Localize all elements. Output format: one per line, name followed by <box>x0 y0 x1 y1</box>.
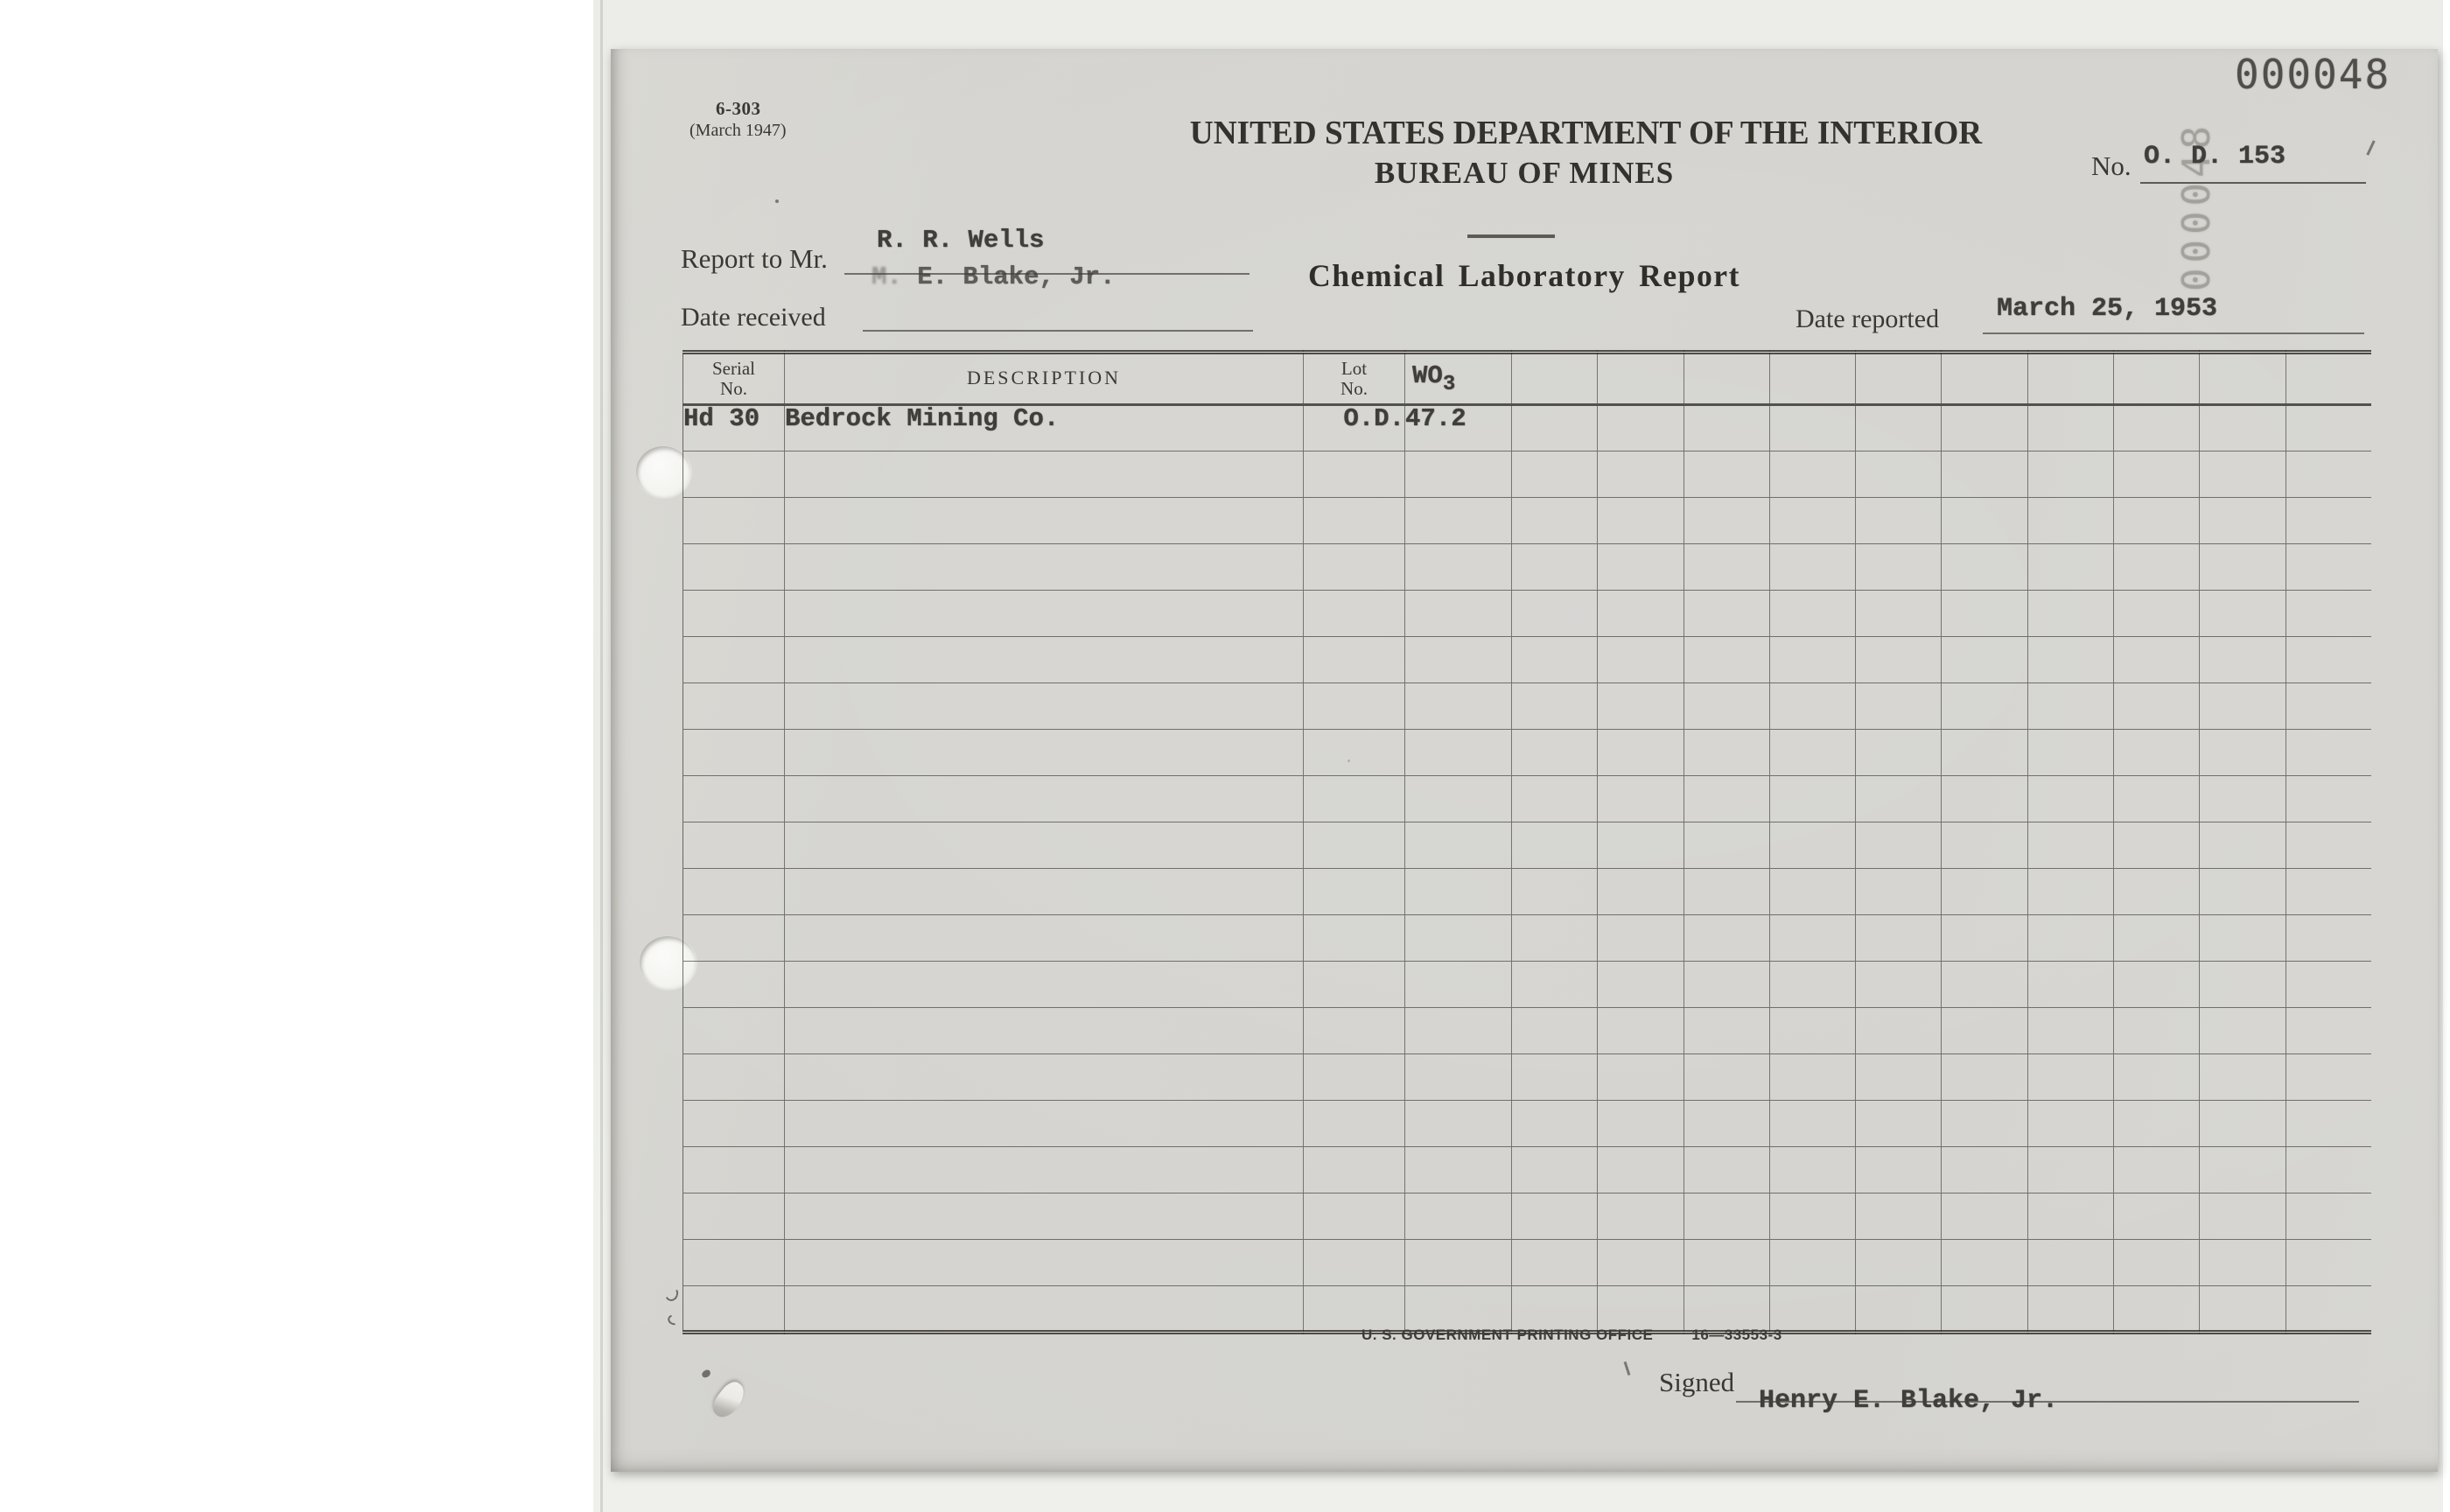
cell-empty <box>1598 869 1683 915</box>
cell-serial-no <box>683 544 785 591</box>
cell-empty <box>1942 683 2027 730</box>
cell-wo3 <box>1405 683 1512 730</box>
edge-bleed-stamp: 000048 <box>2174 151 2446 291</box>
cell-empty <box>1856 962 1942 1008</box>
cell-empty <box>1683 451 1769 498</box>
cell-empty <box>2285 1240 2371 1286</box>
struck-name-initial: M. <box>871 262 902 291</box>
cell-empty <box>2114 498 2200 544</box>
gpo-office: U. S. GOVERNMENT PRINTING OFFICE <box>1361 1326 1653 1343</box>
cell-description: Bedrock Mining Co. <box>785 405 1304 451</box>
cell-description <box>785 1054 1304 1101</box>
cell-empty <box>2200 498 2285 544</box>
cell-empty <box>1683 1101 1769 1147</box>
cell-empty <box>1683 730 1769 776</box>
cell-empty <box>1683 1147 1769 1193</box>
cell-empty <box>1942 451 2027 498</box>
cell-empty <box>2114 1240 2200 1286</box>
cell-empty <box>1769 822 1855 869</box>
cell-empty <box>1769 869 1855 915</box>
cell-wo3 <box>1405 1101 1512 1147</box>
cell-empty <box>2114 730 2200 776</box>
cell-empty <box>1769 683 1855 730</box>
cell-empty <box>2200 683 2285 730</box>
cell-empty <box>1769 962 1855 1008</box>
cell-empty <box>2027 498 2113 544</box>
cell-wo3 <box>1405 451 1512 498</box>
cell-wo3 <box>1405 1054 1512 1101</box>
department-title: UNITED STATES DEPARTMENT OF THE INTERIOR <box>1190 114 1858 152</box>
cell-empty <box>1683 405 1769 451</box>
cell-empty <box>1598 915 1683 962</box>
cell-wo3 <box>1405 1193 1512 1240</box>
cell-empty <box>1512 869 1598 915</box>
table-body: Hd 30Bedrock Mining Co.O.D.47.2 <box>683 405 2372 1333</box>
cell-description <box>785 776 1304 822</box>
cell-serial-no <box>683 962 785 1008</box>
cell-empty <box>1512 730 1598 776</box>
col-header-empty <box>1683 353 1769 405</box>
gpo-jacket-number: 16—33553-3 <box>1691 1326 1781 1343</box>
cell-empty <box>1598 498 1683 544</box>
cell-serial-no <box>683 498 785 544</box>
cell-empty <box>1598 451 1683 498</box>
cell-empty <box>2027 591 2113 637</box>
cell-empty <box>2114 544 2200 591</box>
cell-empty <box>1598 730 1683 776</box>
cell-empty <box>2114 1101 2200 1147</box>
cell-lot-no: O.D. <box>1304 405 1405 451</box>
cell-empty <box>1942 405 2027 451</box>
cell-empty <box>2200 730 2285 776</box>
cell-empty <box>2027 1054 2113 1101</box>
cell-empty <box>1856 405 1942 451</box>
cell-empty <box>2200 962 2285 1008</box>
cell-empty <box>1683 544 1769 591</box>
cell-description <box>785 915 1304 962</box>
cell-empty <box>1683 776 1769 822</box>
cell-empty <box>1942 1008 2027 1054</box>
cell-empty <box>1769 591 1855 637</box>
cell-empty <box>1769 637 1855 683</box>
cell-empty <box>2027 1286 2113 1333</box>
cell-lot-no <box>1304 869 1405 915</box>
table-empty-row <box>683 1286 2372 1333</box>
cell-empty <box>1769 451 1855 498</box>
cell-empty <box>1942 637 2027 683</box>
date-reported-line <box>1983 332 2364 334</box>
table-empty-row <box>683 1054 2372 1101</box>
cell-empty <box>1856 1008 1942 1054</box>
cell-empty <box>1683 1286 1769 1333</box>
report-to-name-struck: M. E. Blake, Jr. <box>871 262 1115 291</box>
table-empty-row <box>683 637 2372 683</box>
cell-empty <box>2027 869 2113 915</box>
cell-empty <box>1769 1101 1855 1147</box>
cell-empty <box>1942 869 2027 915</box>
speckle-2 <box>1410 418 1413 421</box>
cell-description <box>785 1147 1304 1193</box>
table-empty-row <box>683 1147 2372 1193</box>
bureau-title: BUREAU OF MINES <box>1183 156 1865 191</box>
cell-empty <box>1683 1008 1769 1054</box>
cell-empty <box>1769 776 1855 822</box>
table-empty-row <box>683 498 2372 544</box>
cell-wo3 <box>1405 544 1512 591</box>
scanned-document-page: 6-303 (March 1947) UNITED STATES DEPARTM… <box>0 0 2450 1512</box>
cell-lot-no <box>1304 451 1405 498</box>
cell-empty <box>1683 962 1769 1008</box>
cell-lot-no <box>1304 544 1405 591</box>
cell-empty <box>1683 869 1769 915</box>
cell-empty <box>2114 1008 2200 1054</box>
table-empty-row <box>683 776 2372 822</box>
table-data-row: Hd 30Bedrock Mining Co.O.D.47.2 <box>683 405 2372 451</box>
cell-empty <box>1856 1286 1942 1333</box>
col-header-empty <box>2285 353 2371 405</box>
cell-empty <box>1598 776 1683 822</box>
table-empty-row <box>683 730 2372 776</box>
cell-description <box>785 962 1304 1008</box>
cell-wo3 <box>1405 1147 1512 1193</box>
cell-serial-no <box>683 1008 785 1054</box>
cell-empty <box>1942 1240 2027 1286</box>
col-header-empty <box>1856 353 1942 405</box>
cell-description <box>785 591 1304 637</box>
cell-empty <box>1598 822 1683 869</box>
cell-empty <box>2200 822 2285 869</box>
lab-results-table: SerialNo.DESCRIPTIONLotNo.WO3 Hd 30Bedro… <box>682 350 2371 1334</box>
cell-empty <box>2114 591 2200 637</box>
cell-empty <box>2200 1054 2285 1101</box>
cell-serial-no <box>683 1054 785 1101</box>
cell-empty <box>1769 544 1855 591</box>
col-header-empty <box>1769 353 1855 405</box>
cell-description <box>785 451 1304 498</box>
cell-empty <box>2285 1101 2371 1147</box>
cell-empty <box>2285 915 2371 962</box>
date-reported-value: March 25, 1953 <box>1997 294 2217 324</box>
cell-wo3 <box>1405 962 1512 1008</box>
cell-empty <box>1683 1054 1769 1101</box>
cell-empty <box>1942 1101 2027 1147</box>
cell-lot-no <box>1304 498 1405 544</box>
table-empty-row <box>683 544 2372 591</box>
cell-lot-no <box>1304 683 1405 730</box>
cell-wo3 <box>1405 1008 1512 1054</box>
cell-lot-no <box>1304 1054 1405 1101</box>
cell-serial-no <box>683 637 785 683</box>
cell-empty <box>1769 1008 1855 1054</box>
cell-empty <box>2200 776 2285 822</box>
cell-empty <box>1856 498 1942 544</box>
cell-empty <box>1769 915 1855 962</box>
cell-empty <box>2114 915 2200 962</box>
cell-empty <box>2027 962 2113 1008</box>
cell-empty <box>1942 1286 2027 1333</box>
cell-empty <box>2200 591 2285 637</box>
cell-empty <box>1856 544 1942 591</box>
cell-empty <box>1856 591 1942 637</box>
table-empty-row <box>683 683 2372 730</box>
cell-wo3 <box>1405 869 1512 915</box>
cell-empty <box>2114 405 2200 451</box>
cell-empty <box>1856 869 1942 915</box>
cell-empty <box>1769 730 1855 776</box>
cell-empty <box>1512 405 1598 451</box>
cell-empty <box>1769 405 1855 451</box>
cell-empty <box>2285 776 2371 822</box>
cell-wo3 <box>1405 776 1512 822</box>
cell-empty <box>1769 1147 1855 1193</box>
cell-empty <box>2200 451 2285 498</box>
cell-empty <box>2285 1054 2371 1101</box>
cell-empty <box>2285 683 2371 730</box>
cell-empty <box>1512 915 1598 962</box>
cell-empty <box>2027 683 2113 730</box>
cell-empty <box>1856 776 1942 822</box>
col-header-empty <box>2200 353 2285 405</box>
cell-empty <box>1512 544 1598 591</box>
cell-empty <box>1598 544 1683 591</box>
cell-description <box>785 730 1304 776</box>
cell-wo3 <box>1405 822 1512 869</box>
cell-serial-no <box>683 1147 785 1193</box>
cell-empty <box>1598 405 1683 451</box>
report-to-label: Report to Mr. <box>681 243 828 275</box>
cell-empty <box>2285 498 2371 544</box>
cell-serial-no <box>683 591 785 637</box>
cell-empty <box>1856 1147 1942 1193</box>
cell-empty <box>1512 1101 1598 1147</box>
cell-empty <box>1942 544 2027 591</box>
cell-empty <box>2114 776 2200 822</box>
cell-description <box>785 1240 1304 1286</box>
cell-empty <box>2114 683 2200 730</box>
cell-empty <box>2027 637 2113 683</box>
table-empty-row <box>683 1193 2372 1240</box>
cell-empty <box>1512 822 1598 869</box>
cell-empty <box>2114 962 2200 1008</box>
cell-empty <box>2114 1193 2200 1240</box>
cell-empty <box>1856 1054 1942 1101</box>
cell-serial-no: Hd 30 <box>683 405 785 451</box>
cell-empty <box>2285 591 2371 637</box>
typed-cell-text: O.D. <box>1343 404 1404 433</box>
col-header-empty <box>1598 353 1683 405</box>
cell-empty <box>2114 1286 2200 1333</box>
struck-name-rest: E. Blake, Jr. <box>902 262 1116 291</box>
cell-lot-no <box>1304 1286 1405 1333</box>
cell-empty <box>2027 1147 2113 1193</box>
cell-description <box>785 1286 1304 1333</box>
cell-wo3 <box>1405 1240 1512 1286</box>
cell-empty <box>1598 962 1683 1008</box>
report-number-line <box>2140 182 2366 184</box>
cell-wo3: 47.2 <box>1405 405 1512 451</box>
cell-empty <box>2027 544 2113 591</box>
cell-empty <box>1512 451 1598 498</box>
cell-empty <box>1512 683 1598 730</box>
form-revision-date: (March 1947) <box>689 121 787 141</box>
cell-empty <box>1512 776 1598 822</box>
cell-empty <box>1512 637 1598 683</box>
cell-empty <box>2114 869 2200 915</box>
cell-empty <box>2027 822 2113 869</box>
report-number-label: No. <box>2091 150 2131 182</box>
cell-description <box>785 822 1304 869</box>
cell-empty <box>2114 637 2200 683</box>
cell-empty <box>1942 1054 2027 1101</box>
cell-description <box>785 1101 1304 1147</box>
cell-empty <box>1942 822 2027 869</box>
cell-wo3 <box>1405 915 1512 962</box>
col-header-lot-no: LotNo. <box>1304 353 1405 405</box>
col-header-wo3: WO3 <box>1405 353 1512 405</box>
cell-empty <box>2285 962 2371 1008</box>
report-to-name: R. R. Wells <box>877 226 1044 255</box>
cell-description <box>785 544 1304 591</box>
cell-empty <box>1598 1286 1683 1333</box>
col-header-empty <box>1512 353 1598 405</box>
cell-serial-no <box>683 1193 785 1240</box>
cell-empty <box>1598 1054 1683 1101</box>
typed-cell-text: 47.2 <box>1405 404 1466 433</box>
cell-empty <box>2027 1101 2113 1147</box>
col-header-empty <box>2114 353 2200 405</box>
table-empty-row <box>683 962 2372 1008</box>
cell-serial-no <box>683 451 785 498</box>
cell-empty <box>1512 1286 1598 1333</box>
cell-empty <box>2027 1008 2113 1054</box>
cell-serial-no <box>683 915 785 962</box>
cell-empty <box>1856 915 1942 962</box>
cell-empty <box>1683 498 1769 544</box>
cell-empty <box>2200 544 2285 591</box>
cell-empty <box>1683 1240 1769 1286</box>
cell-empty <box>2027 451 2113 498</box>
cell-wo3 <box>1405 498 1512 544</box>
typed-cell-text: Bedrock Mining Co. <box>785 404 1059 433</box>
cell-description <box>785 637 1304 683</box>
cell-lot-no <box>1304 1240 1405 1286</box>
speckle-3 <box>1347 759 1350 762</box>
cell-empty <box>1856 1240 1942 1286</box>
cell-empty <box>1512 1240 1598 1286</box>
cell-empty <box>1942 730 2027 776</box>
cell-empty <box>1598 637 1683 683</box>
cell-empty <box>2200 1008 2285 1054</box>
cell-empty <box>2200 869 2285 915</box>
table-header: SerialNo.DESCRIPTIONLotNo.WO3 <box>683 353 2372 405</box>
cell-empty <box>1769 1240 1855 1286</box>
signature-value: Henry E. Blake, Jr. <box>1759 1386 2058 1416</box>
cell-empty <box>1942 1193 2027 1240</box>
cell-empty <box>1512 1054 1598 1101</box>
speckle-1 <box>775 199 779 203</box>
col-header-description: DESCRIPTION <box>785 353 1304 405</box>
cell-lot-no <box>1304 1147 1405 1193</box>
cell-empty <box>2285 869 2371 915</box>
cell-empty <box>1598 1008 1683 1054</box>
cell-serial-no <box>683 1286 785 1333</box>
cell-empty <box>1942 776 2027 822</box>
cell-empty <box>1856 822 1942 869</box>
cell-empty <box>1512 591 1598 637</box>
cell-empty <box>1683 683 1769 730</box>
cell-empty <box>2200 405 2285 451</box>
cell-empty <box>2285 1286 2371 1333</box>
cell-empty <box>2027 405 2113 451</box>
cell-description <box>785 1008 1304 1054</box>
cell-empty <box>2114 451 2200 498</box>
cell-serial-no <box>683 683 785 730</box>
cell-empty <box>1598 1193 1683 1240</box>
cell-empty <box>2200 1240 2285 1286</box>
cell-empty <box>1856 730 1942 776</box>
cell-lot-no <box>1304 962 1405 1008</box>
table-empty-row <box>683 915 2372 962</box>
gpo-imprint: U. S. GOVERNMENT PRINTING OFFICE16—33553… <box>1361 1326 1782 1344</box>
col-header-serial-no: SerialNo. <box>683 353 785 405</box>
cell-serial-no <box>683 1101 785 1147</box>
table-header-row: SerialNo.DESCRIPTIONLotNo.WO3 <box>683 353 2372 405</box>
form-title: Chemical Laboratory Report <box>1221 257 1828 294</box>
cell-empty <box>2114 1147 2200 1193</box>
cell-empty <box>2285 405 2371 451</box>
cell-empty <box>2285 1147 2371 1193</box>
cell-empty <box>1942 498 2027 544</box>
cell-lot-no <box>1304 1101 1405 1147</box>
table-empty-row <box>683 591 2372 637</box>
table-empty-row <box>683 1101 2372 1147</box>
cell-lot-no <box>1304 637 1405 683</box>
cell-wo3 <box>1405 1286 1512 1333</box>
cell-wo3 <box>1405 730 1512 776</box>
cell-empty <box>1856 683 1942 730</box>
col-header-empty <box>2027 353 2113 405</box>
cell-empty <box>2027 915 2113 962</box>
cell-empty <box>2285 544 2371 591</box>
cell-empty <box>1683 1193 1769 1240</box>
page-number-stamp: 000048 <box>2235 51 2390 98</box>
report-number-value: O. D. 153 <box>2144 142 2285 171</box>
table-empty-row <box>683 451 2372 498</box>
cell-description <box>785 1193 1304 1240</box>
cell-empty <box>2200 1147 2285 1193</box>
cell-empty <box>2285 637 2371 683</box>
cell-empty <box>1769 498 1855 544</box>
cell-description <box>785 869 1304 915</box>
cell-empty <box>2285 451 2371 498</box>
cell-serial-no <box>683 822 785 869</box>
cell-empty <box>2027 730 2113 776</box>
cell-empty <box>1856 451 1942 498</box>
cell-lot-no <box>1304 1008 1405 1054</box>
cell-empty <box>2200 1101 2285 1147</box>
cell-lot-no <box>1304 776 1405 822</box>
cell-empty <box>1512 1193 1598 1240</box>
cell-serial-no <box>683 869 785 915</box>
cell-empty <box>2027 1240 2113 1286</box>
table-empty-row <box>683 822 2372 869</box>
cell-description <box>785 683 1304 730</box>
cell-empty <box>1942 591 2027 637</box>
cell-empty <box>1942 1147 2027 1193</box>
cell-empty <box>1856 637 1942 683</box>
cell-empty <box>1942 962 2027 1008</box>
cell-lot-no <box>1304 591 1405 637</box>
